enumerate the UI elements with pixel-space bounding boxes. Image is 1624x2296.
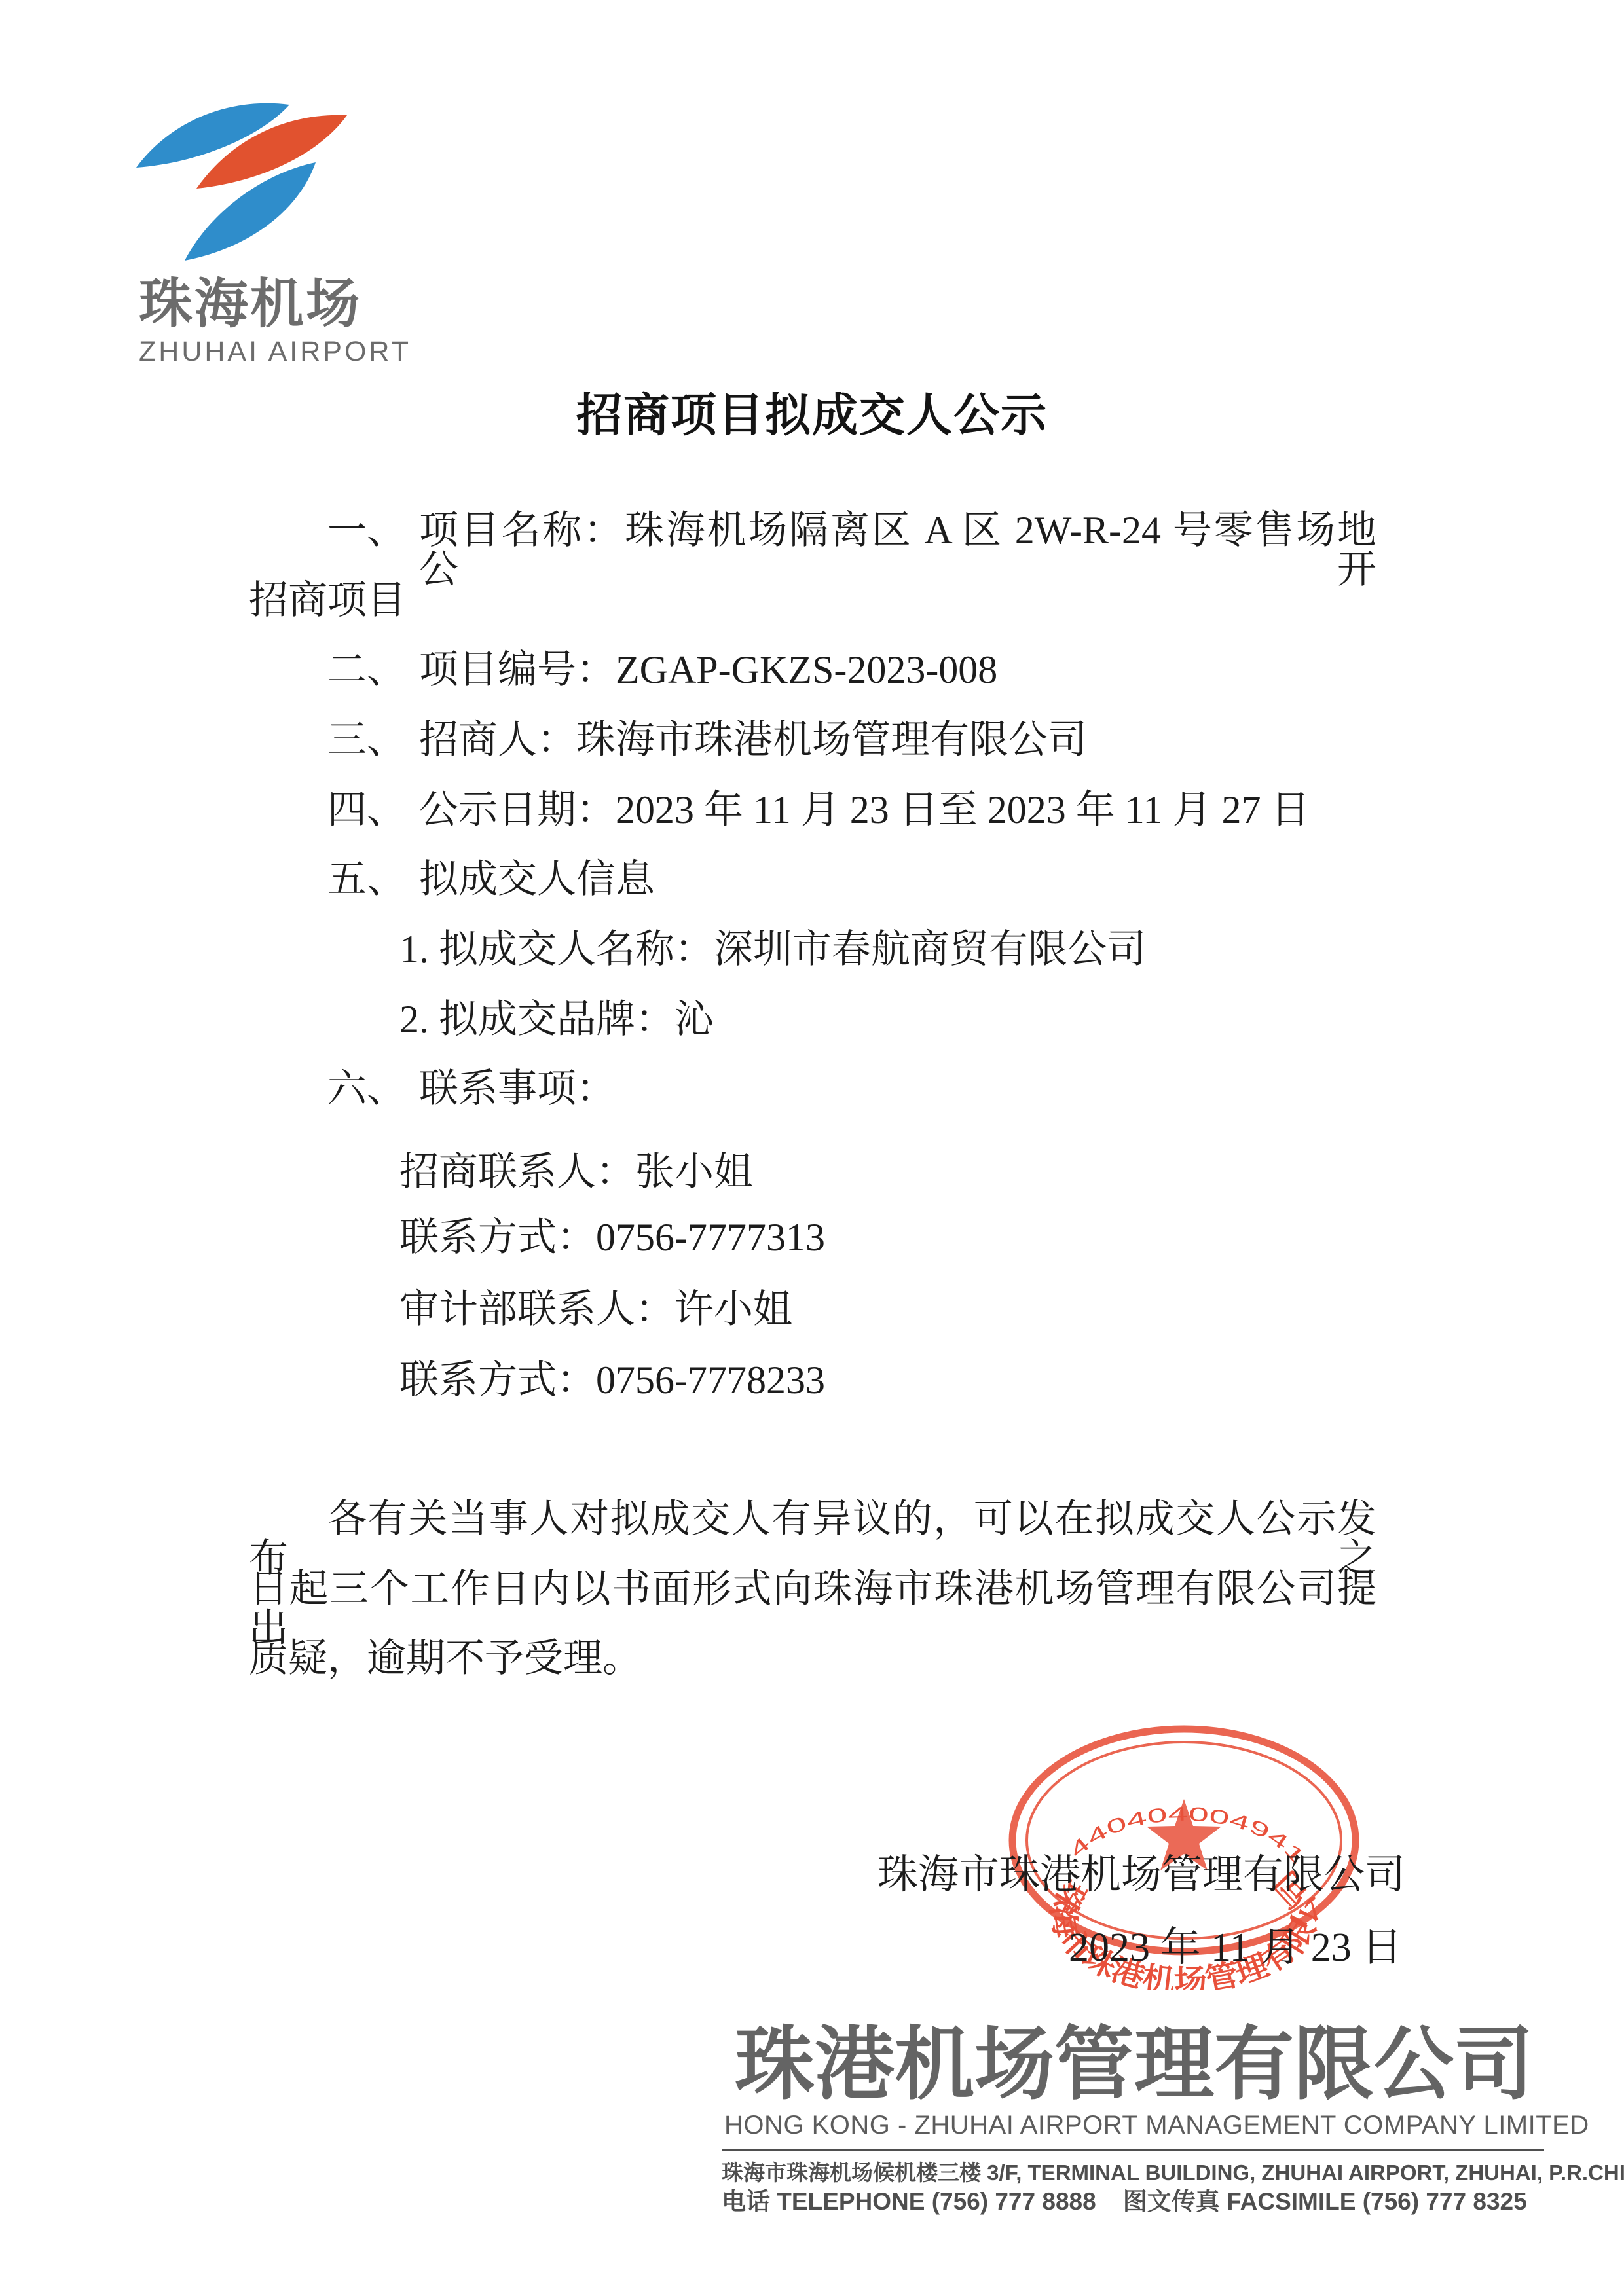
document-page: 珠海机场 ZHUHAI AIRPORT 招商项目拟成交人公示 一、 项目名称：珠… [0,0,1624,2296]
item-3-marker: 三、 [327,720,406,759]
objection-paragraph-line-1: 各有关当事人对拟成交人有异议的，可以在拟成交人公示发布之 [249,1499,1376,1578]
logo-english-text: ZHUHAI AIRPORT [139,338,411,366]
item-6-marker: 六、 [327,1069,406,1108]
seal-number-text: 4404040049419 [982,1696,1309,1868]
item-1-continuation: 招商项目 [249,581,406,620]
footer-address: 珠海市珠海机场候机楼三楼 3/F, TERMINAL BUILDING, ZHU… [722,2162,1573,2183]
item-2-marker: 二、 [327,650,406,689]
item-1-text: 项目名称：珠海机场隔离区 A 区 2W-R-24 号零售场地公开 [419,511,1376,589]
signature-date: 2023 年 11 月 23 日 [1069,1927,1402,1968]
footer-company-english: HONG KONG - ZHUHAI AIRPORT MANAGEMENT CO… [724,2112,1547,2138]
audit-contact-phone-line: 联系方式：0756-7778233 [399,1360,825,1400]
audit-contact-person-line: 审计部联系人：许小姐 [399,1290,792,1329]
footer-company-logotype: 珠港机场管理有限公司 [735,2024,1547,2104]
contact-phone-line: 联系方式：0756-7777313 [399,1218,825,1257]
item-1-marker: 一、 [327,511,406,550]
signature-company: 珠海市珠港机场管理有限公司 [877,1855,1405,1895]
subitem-1-text: 1. 拟成交人名称：深圳市春航商贸有限公司 [399,930,1146,969]
page-title: 招商项目拟成交人公示 [0,378,1624,445]
item-3-text: 招商人：珠海市珠港机场管理有限公司 [419,720,1087,759]
item-5-marker: 五、 [327,860,406,899]
footer-phone-fax: 电话 TELEPHONE (756) 777 8888 图文传真 FACSIMI… [722,2189,1573,2214]
item-2-text: 项目编号：ZGAP-GKZS-2023-008 [419,650,997,689]
contact-person-line: 招商联系人：张小姐 [399,1152,753,1192]
subitem-2-text: 2. 拟成交品牌：沁 [399,1000,714,1039]
objection-paragraph-line-3: 质疑，逾期不予受理。 [249,1639,642,1678]
item-4-marker: 四、 [327,790,406,829]
footer-divider [722,2149,1544,2151]
item-4-text: 公示日期：2023 年 11 月 23 日至 2023 年 11 月 27 日 [419,790,1310,829]
logo-chinese-text: 珠海机场 [139,278,361,331]
logo-swoosh-top-icon [136,103,289,168]
objection-paragraph-line-2: 日起三个工作日内以书面形式向珠海市珠港机场管理有限公司提出 [249,1569,1376,1648]
item-6-text: 联系事项： [419,1069,616,1108]
svg-text:4404040049419: 4404040049419 [982,1696,1309,1868]
item-5-text: 拟成交人信息 [419,860,655,899]
logo-swoosh-bottom-icon [185,162,316,261]
logo-swoosh-middle-icon [196,115,347,189]
zhuhai-airport-logo-icon [124,92,373,288]
